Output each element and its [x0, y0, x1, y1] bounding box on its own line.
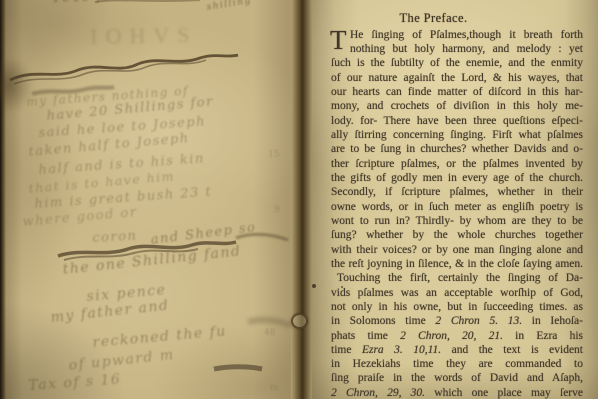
print-line: mony, and crochets of diviſion in this h… [331, 99, 583, 113]
print-line: phats time 2 Chron, 20, 21. in Ezra his [331, 329, 583, 343]
print-line: owne words, or in ſuch meter as engliſh … [331, 200, 583, 214]
print-line: Secondly, if ſcripture pſalmes, whether … [331, 185, 583, 199]
ink-speck [341, 286, 343, 288]
print-line: not only in his owne, but in ſucceeding … [331, 300, 583, 314]
print-line: with their voices? or by one man ſinging… [331, 243, 583, 257]
print-line: ther ſcripture pſalmes, or the pſalmes i… [331, 157, 583, 171]
print-line: 2 Chron, 29, 30. which one place may ſer… [331, 386, 583, 399]
print-line: ſung? whether by the whole churches toge… [331, 228, 583, 242]
print-line: of our nature againſt the Lord, & his wa… [331, 71, 583, 85]
print-line: the gifts of godly men in every age of t… [331, 171, 583, 185]
print-line: ſing praiſe in the words of David and Aſ… [331, 371, 583, 385]
print-line: in Solomons time 2 Chron 5. 13. in Iehoſ… [331, 314, 583, 328]
print-line: in Hezekiahs time they are commanded to [331, 357, 583, 371]
print-line: lody. for- There have been three queſtio… [331, 114, 583, 128]
print-line: our hearts can finde matter of diſcord i… [331, 85, 583, 99]
print-line: vids pſalmes was an acceptable worſhip o… [331, 286, 583, 300]
print-line: wont to run in? Thirdly- by whom are the… [331, 214, 583, 228]
handwritten-inscription: IOHVS [90, 22, 198, 50]
drop-cap: T [330, 27, 347, 54]
pencil-mark: 48 [264, 328, 275, 338]
book-gutter-shadow [291, 0, 314, 399]
print-line: time Ezra 3. 10,11. and the text is evid… [331, 343, 583, 357]
handwritten-inscription: coron [92, 229, 138, 246]
book-photo: The Preface. T He ſinging of Pſalmes,tho… [0, 0, 598, 399]
pencil-mark: 15 [268, 150, 279, 160]
print-line: He ſinging of Pſalmes,though it breath f… [350, 28, 583, 42]
pencil-mark: m [270, 383, 279, 393]
print-line: Touching the firſt, certainly the ſingin… [331, 271, 583, 285]
print-line: the reſt joyning in ſilence, & in the cl… [331, 257, 583, 271]
preface-heading: The Preface. [321, 11, 546, 26]
margin-bullet [312, 284, 316, 288]
ring-mark [291, 313, 308, 329]
print-line: ſuch is the ſubtilty of the enemie, and … [331, 56, 583, 70]
pencil-mark: 9 [274, 205, 280, 215]
print-line: nothing but holy harmony, and melody : y… [350, 42, 583, 56]
print-line: ally ſtirring concerning ſinging. Firſt … [331, 128, 583, 142]
print-line: are to be ſung in churches? whether Davi… [331, 142, 583, 156]
